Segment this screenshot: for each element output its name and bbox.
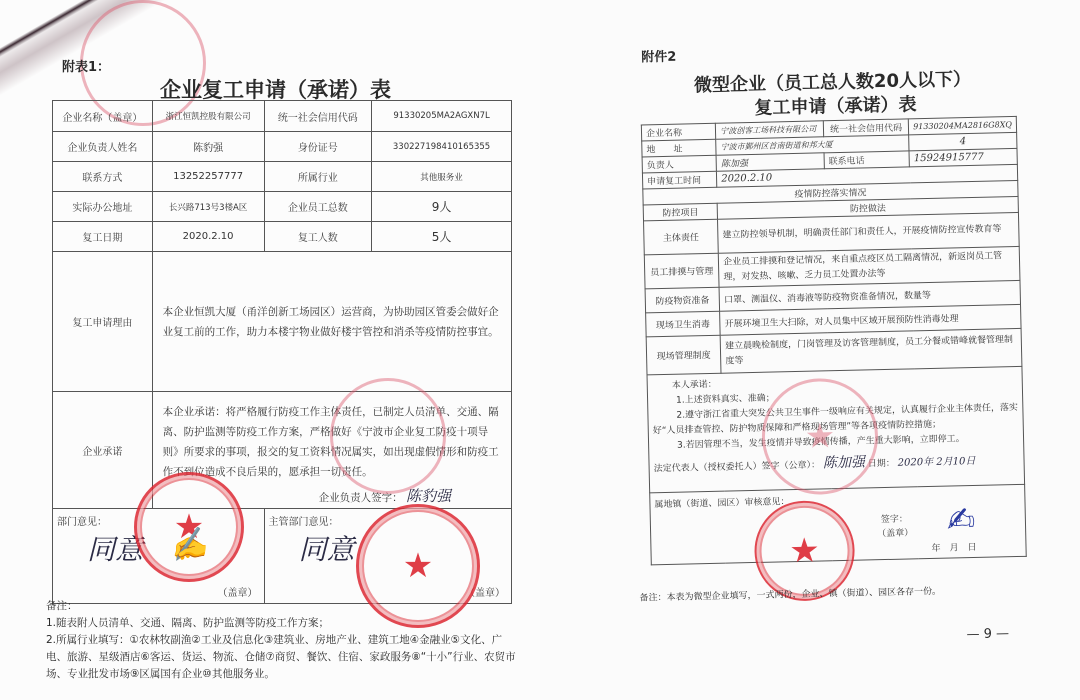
table-row: 联系方式 13252257777 所属行业 其他服务业 [53,162,512,192]
measure-item: 防疫物资准备 [645,287,720,313]
page-number: — 9 — [966,626,1009,642]
label-pledge: 企业承诺 [53,392,153,509]
review-seal-label: （盖章） [877,525,913,539]
dept1-seal-label: （盖章） [218,584,258,599]
right-document-page: 附件2 微型企业（员工总人数20人以下） 复工申请（承诺）表 企业名称 宁波创客… [592,0,1080,700]
info-table: 企业名称 宁波创客工场科技有限公司 统一社会信用代码 91330204MA281… [641,116,1027,565]
date-value: 2020年 2月10日 [898,456,976,469]
review-signature: ✍ [946,500,975,541]
value-address: 长兴路713号3楼A区 [152,192,264,222]
label-credit-code: 统一社会信用代码 [264,101,372,132]
dept1-signature: ✍ [167,525,210,566]
annex-label: 附件2 [641,46,676,66]
label-address: 地 址 [642,139,717,157]
measure-item: 主体责任 [644,219,719,255]
measure-item: 现场卫生消毒 [646,311,721,337]
value-company-name: 浙江恒凯控股有限公司 [152,101,264,132]
value-industry: 其他服务业 [372,162,512,192]
label-industry: 所属行业 [264,162,372,192]
right-document: 附件2 微型企业（员工总人数20人以下） 复工申请（承诺）表 企业名称 宁波创客… [600,0,1080,700]
value-credit-code: 91330205MA2AGXN7L [372,101,512,132]
label-company-name: 企业名称 [641,123,716,141]
value-total-staff: 9人 [372,192,512,222]
note-item: 1.随表附人员清单、交通、隔离、防护监测等防疫工作方案； [46,615,516,632]
measure-item: 现场管理制度 [646,335,721,375]
form-title-line2: 复工申请（承诺）表 [754,90,917,120]
value-reason: 本企业恒凯大厦（甬洋创新工场园区）运营商，为协助园区管委会做好企业复工前的工作，… [152,252,511,392]
left-document: 附表1： 企业复工申请（承诺）表 企业名称（盖章） 浙江恒凯控股有限公司 统一社… [0,0,540,700]
label-credit-code: 统一社会信用代码 [823,119,909,137]
review-date-placeholder: 年 月 日 [931,540,976,554]
review-sign-label: 签字： [881,512,908,526]
value-resume-date: 2020.2.10 [152,222,264,252]
label-owner-name: 企业负责人姓名 [53,132,153,162]
label-id-number: 身份证号 [264,132,372,162]
measure-item: 员工排摸与管理 [644,253,719,289]
notes-block: 备注： 1.随表附人员清单、交通、隔离、防护监测等防疫工作方案； 2.所属行业填… [46,598,516,683]
label-company-name: 企业名称（盖章） [53,101,153,132]
label-resume-count: 复工人数 [264,222,372,252]
label-address: 实际办公地址 [53,192,153,222]
value-owner-name: 陈豹强 [152,132,264,162]
table-row: 企业负责人姓名 陈豹强 身份证号 330227198410165355 [53,132,512,162]
label-apply-date: 申请复工时间 [642,171,717,189]
table-row: 复工日期 2020.2.10 复工人数 5人 [53,222,512,252]
notes-title: 备注： [46,598,516,615]
value-id-number: 330227198410165355 [372,132,512,162]
label-contact: 联系方式 [53,162,153,192]
value-contact: 13252257777 [152,162,264,192]
table-row: 实际办公地址 长兴路713号3楼A区 企业员工总数 9人 [53,192,512,222]
table-row: 复工申请理由 本企业恒凯大厦（甬洋创新工场园区）运营商，为协助园区管委会做好企业… [53,252,512,392]
annex-label: 附表1： [62,56,110,75]
label-owner: 负责人 [642,155,717,173]
value-resume-count: 5人 [372,222,512,252]
col-item-header: 防控项目 [643,203,718,221]
pledge-signature: 陈豹强 [406,487,451,505]
label-reason: 复工申请理由 [53,252,153,392]
label-phone: 联系电话 [824,151,910,169]
table-row: 企业名称（盖章） 浙江恒凯控股有限公司 统一社会信用代码 91330205MA2… [53,101,512,132]
faint-seal-icon [330,378,446,494]
footnote: 备注：本表为微型企业填写，一式两份，企业、镇（街道）、园区各存一份。 [639,584,941,608]
note-item: 2.所属行业填写：①农林牧副渔②工业及信息化③建筑业、房地产业、建筑工地④金融业… [46,632,516,683]
label-resume-date: 复工日期 [53,222,153,252]
label-total-staff: 企业员工总数 [264,192,372,222]
